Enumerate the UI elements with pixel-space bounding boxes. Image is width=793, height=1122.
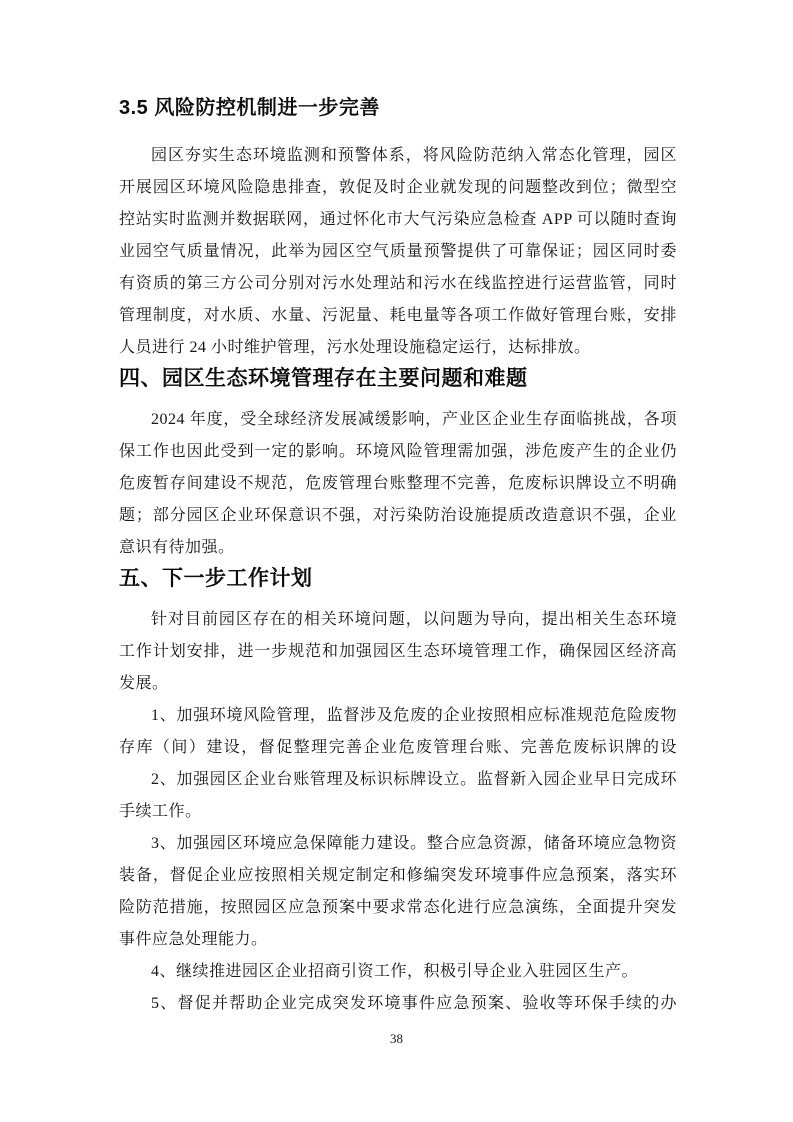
text-line: 题；部分园区企业环保意识不强，对污染防治设施提质改造意识不强，企业环保 xyxy=(119,500,677,532)
paragraph: 4、继续推进园区企业招商引资工作，积极引导企业入驻园区生产。 xyxy=(119,956,677,988)
text-line: 发展。 xyxy=(119,668,677,700)
text-line: 业园空气质量情况，此举为园区空气质量预警提供了可靠保证；园区同时委托具 xyxy=(119,236,677,268)
text-line: 5、督促并帮助企业完成突发环境事件应急预案、验收等环保手续的办理， xyxy=(119,988,677,1020)
subsection-heading: 3.5 风险防控机制进一步完善 xyxy=(119,94,677,122)
section-heading: 五、下一步工作计划 xyxy=(119,564,677,594)
text-line: 针对目前园区存在的相关环境问题，以问题为导向，提出相关生态环境管理 xyxy=(119,604,677,636)
text-line: 开展园区环境风险隐患排查，敦促及时企业就发现的问题整改到位；微型空气监 xyxy=(119,172,677,204)
text-line: 有资质的第三方公司分别对污水处理站和污水在线监控进行运营监管，同时规范 xyxy=(119,268,677,300)
text-line: 管理制度，对水质、水量、污泥量、耗电量等各项工作做好管理台账，安排专职 xyxy=(119,300,677,332)
text-line: 装备，督促企业应按照相关规定制定和修编突发环境事件应急预案，落实环境风 xyxy=(119,860,677,892)
text-line: 保工作也因此受到一定的影响。环境风险管理需加强，涉危废产生的企业仍存在 xyxy=(119,436,677,468)
text-line: 3、加强园区环境应急保障能力建设。整合应急资源，储备环境应急物资及 xyxy=(119,828,677,860)
paragraph: 2、加强园区企业台账管理及标识标牌设立。监督新入园企业早日完成环保手续工作。 xyxy=(119,764,677,828)
paragraph: 2024 年度，受全球经济发展减缓影响，产业区企业生存面临挑战，各项环保工作也因… xyxy=(119,404,677,564)
text-line: 控站实时监测并数据联网，通过怀化市大气污染应急检查 APP 可以随时查询工 xyxy=(119,204,677,236)
text-line: 存库（间）建设，督促整理完善企业危废管理台账、完善危废标识牌的设立。 xyxy=(119,732,677,764)
text-line: 险防范措施，按照园区应急预案中要求常态化进行应急演练，全面提升突发环境 xyxy=(119,892,677,924)
section-heading: 四、园区生态环境管理存在主要问题和难题 xyxy=(119,364,677,394)
text-line: 事件应急处理能力。 xyxy=(119,924,677,956)
text-line: 危废暂存间建设不规范，危废管理台账整理不完善，危废标识牌设立不明确等问 xyxy=(119,468,677,500)
text-line: 人员进行 24 小时维护管理，污水处理设施稳定运行，达标排放。 xyxy=(119,332,677,364)
text-line: 意识有待加强。 xyxy=(119,532,677,564)
text-line: 手续工作。 xyxy=(119,796,677,828)
text-line: 园区夯实生态环境监测和预警体系，将风险防范纳入常态化管理，园区定期 xyxy=(119,140,677,172)
document-page: 3.5 风险防控机制进一步完善园区夯实生态环境监测和预警体系，将风险防范纳入常态… xyxy=(0,0,793,1122)
page-number: 38 xyxy=(0,1030,793,1048)
paragraph: 3、加强园区环境应急保障能力建设。整合应急资源，储备环境应急物资及装备，督促企业… xyxy=(119,828,677,956)
paragraph: 针对目前园区存在的相关环境问题，以问题为导向，提出相关生态环境管理工作计划安排，… xyxy=(119,604,677,700)
paragraph: 5、督促并帮助企业完成突发环境事件应急预案、验收等环保手续的办理， xyxy=(119,988,677,1020)
document-content: 3.5 风险防控机制进一步完善园区夯实生态环境监测和预警体系，将风险防范纳入常态… xyxy=(119,94,677,1020)
text-line: 4、继续推进园区企业招商引资工作，积极引导企业入驻园区生产。 xyxy=(119,956,677,988)
text-line: 1、加强环境风险管理，监督涉及危废的企业按照相应标准规范危险废物暂 xyxy=(119,700,677,732)
text-line: 工作计划安排，进一步规范和加强园区生态环境管理工作，确保园区经济高质量 xyxy=(119,636,677,668)
paragraph: 1、加强环境风险管理，监督涉及危废的企业按照相应标准规范危险废物暂存库（间）建设… xyxy=(119,700,677,764)
paragraph: 园区夯实生态环境监测和预警体系，将风险防范纳入常态化管理，园区定期开展园区环境风… xyxy=(119,140,677,364)
text-line: 2、加强园区企业台账管理及标识标牌设立。监督新入园企业早日完成环保 xyxy=(119,764,677,796)
text-line: 2024 年度，受全球经济发展减缓影响，产业区企业生存面临挑战，各项环 xyxy=(119,404,677,436)
